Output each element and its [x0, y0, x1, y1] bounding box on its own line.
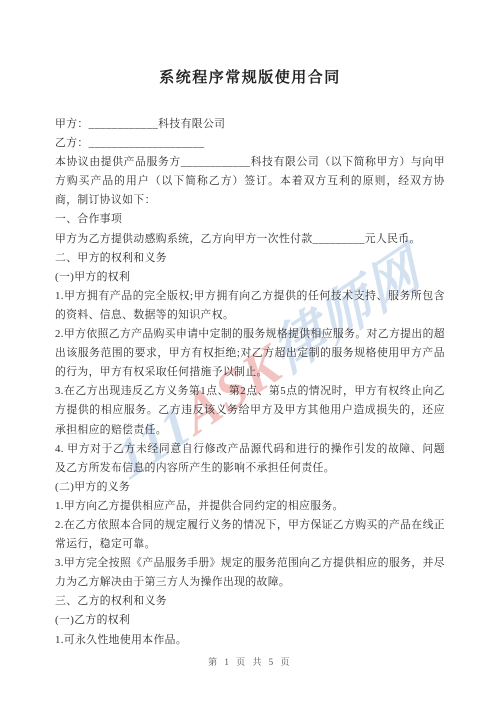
contract-paragraph: (一)乙方的权利 [55, 611, 445, 630]
contract-paragraph: (二)甲方的义务 [55, 478, 445, 497]
contract-paragraph: 三、乙方的权利和义务 [55, 592, 445, 611]
contract-paragraph: (一)甲方的权利 [55, 268, 445, 287]
contract-paragraph: 1.甲方拥有产品的完全版权;甲方拥有向乙方提供的任何技术支持、服务所包含的资料、… [55, 287, 445, 325]
contract-paragraph: 1.甲方向乙方提供相应产品，并提供合同约定的相应服务。 [55, 497, 445, 516]
contract-paragraph: 2.甲方依照乙方产品购买申请中定制的服务规格提供相应服务。对乙方提出的超出该服务… [55, 325, 445, 382]
contract-paragraph: 2.在乙方依照本合同的规定履行义务的情况下，甲方保证乙方购买的产品在线正常运行，… [55, 516, 445, 554]
contract-paragraph: 1.可永久性地使用本作品。 [55, 631, 445, 650]
contract-body: 甲方：____________科技有限公司乙方：________________… [55, 115, 445, 650]
contract-paragraph: 3.在乙方出现违反乙方义务第1点、第2点、第5点的情况时，甲方有权终止向乙方提供… [55, 382, 445, 439]
contract-paragraph: 二、甲方的权利和义务 [55, 249, 445, 268]
contract-paragraph: 4. 甲方对于乙方未经同意自行修改产品源代码和进行的操作引发的故障、问题及乙方所… [55, 440, 445, 478]
contract-title: 系统程序常规版使用合同 [0, 0, 500, 87]
page-number-footer: 第 1 页 共 5 页 [0, 655, 500, 668]
contract-paragraph: 本协议由提供产品服务方____________科技有限公司（以下简称甲方）与向甲… [55, 153, 445, 210]
contract-content: 系统程序常规版使用合同 甲方：____________科技有限公司乙方：____… [0, 0, 500, 650]
contract-paragraph: 一、合作事项 [55, 210, 445, 229]
contract-paragraph: 甲方为乙方提供动感购系统，乙方向甲方一次性付款_________元人民币。 [55, 230, 445, 249]
contract-paragraph: 乙方：____________________ [55, 134, 445, 153]
contract-paragraph: 3.甲方完全按照《产品服务手册》规定的服务范围向乙方提供相应的服务，并尽力为乙方… [55, 554, 445, 592]
contract-page: 111ASK律师网 系统程序常规版使用合同 甲方：____________科技有… [0, 0, 500, 706]
contract-paragraph: 甲方：____________科技有限公司 [55, 115, 445, 134]
